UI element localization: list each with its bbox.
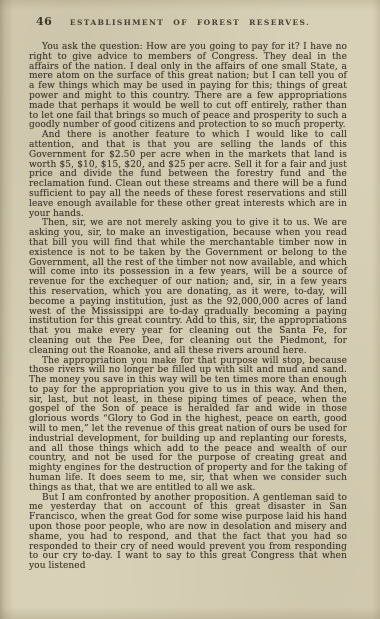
body-paragraph: And there is another feature to which I … xyxy=(29,131,347,219)
scanned-book-page: 46 ESTABLISHMENT OF FOREST RESERVES. You… xyxy=(0,0,380,619)
body-paragraph: You ask the question: How are you going … xyxy=(29,43,347,131)
page-body-text: You ask the question: How are you going … xyxy=(0,32,380,572)
body-paragraph: But I am confronted by another propositi… xyxy=(29,494,347,572)
body-paragraph: Then, sir, we are not merely asking you … xyxy=(29,219,347,356)
running-head: ESTABLISHMENT OF FOREST RESERVES. xyxy=(0,18,380,27)
body-paragraph: The appropriation you make for that purp… xyxy=(29,357,347,494)
page-header: 46 ESTABLISHMENT OF FOREST RESERVES. xyxy=(0,0,380,32)
